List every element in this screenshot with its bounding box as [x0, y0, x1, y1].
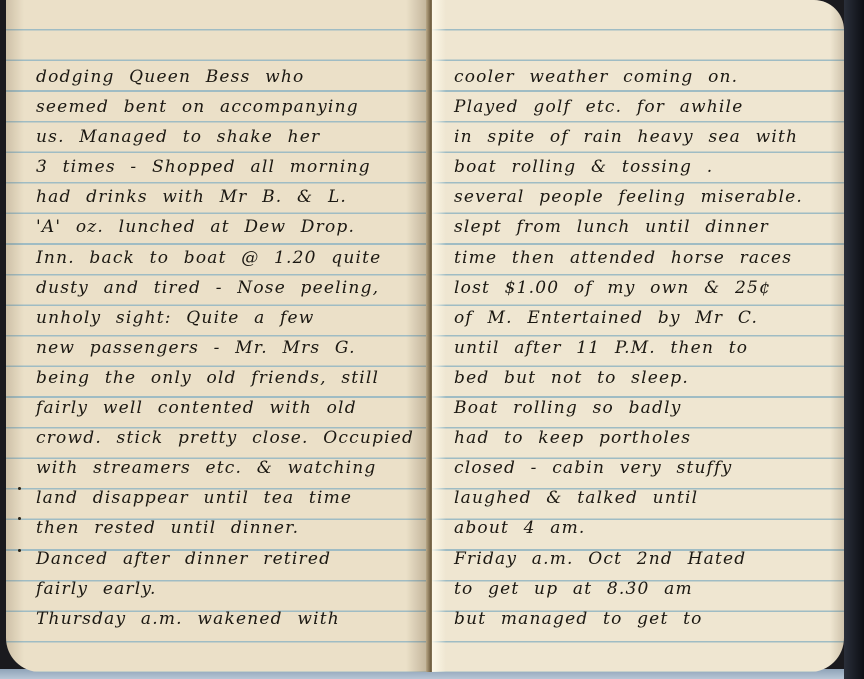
text-line: crowd. stick pretty close. Occupied — [36, 423, 432, 453]
text-line: boat rolling & tossing . — [454, 152, 844, 182]
text-line: to get up at 8.30 am — [454, 574, 844, 604]
text-line: Inn. back to boat @ 1.20 quite — [36, 243, 432, 273]
text-line: Thursday a.m. wakened with — [36, 604, 432, 634]
right-page: cooler weather coming on. Played golf et… — [432, 0, 844, 672]
text-line: fairly early. — [36, 574, 432, 604]
text-line: in spite of rain heavy sea with — [454, 122, 844, 152]
text-line: dusty and tired - Nose peeling, — [36, 273, 432, 303]
text-line: closed - cabin very stuffy — [454, 453, 844, 483]
text-line: slept from lunch until dinner — [454, 212, 844, 242]
text-line: of M. Entertained by Mr C. — [454, 303, 844, 333]
text-line: until after 11 P.M. then to — [454, 333, 844, 363]
text-line: seemed bent on accompanying — [36, 92, 432, 122]
text-line: had drinks with Mr B. & L. — [36, 182, 432, 212]
margin-mark — [18, 487, 21, 490]
left-page: dodging Queen Bess who seemed bent on ac… — [6, 0, 432, 672]
text-line: about 4 am. — [454, 513, 844, 543]
text-line: lost $1.00 of my own & 25¢ — [454, 273, 844, 303]
text-line: Played golf etc. for awhile — [454, 92, 844, 122]
text-line: with streamers etc. & watching — [36, 453, 432, 483]
text-line: fairly well contented with old — [36, 393, 432, 423]
text-line: Danced after dinner retired — [36, 544, 432, 574]
text-line: time then attended horse races — [454, 243, 844, 273]
left-page-text: dodging Queen Bess who seemed bent on ac… — [6, 62, 432, 634]
text-line: Boat rolling so badly — [454, 393, 844, 423]
text-line: 'A' oz. lunched at Dew Drop. — [36, 212, 432, 242]
right-page-text: cooler weather coming on. Played golf et… — [432, 62, 844, 634]
text-line: had to keep portholes — [454, 423, 844, 453]
text-line: cooler weather coming on. — [454, 62, 844, 92]
text-line: Friday a.m. Oct 2nd Hated — [454, 544, 844, 574]
text-line: laughed & talked until — [454, 483, 844, 513]
margin-mark — [18, 517, 21, 520]
text-line: new passengers - Mr. Mrs G. — [36, 333, 432, 363]
text-line: but managed to get to — [454, 604, 844, 634]
text-line: bed but not to sleep. — [454, 363, 844, 393]
notebook-cover-edge — [844, 0, 864, 679]
text-line: land disappear until tea time — [36, 483, 432, 513]
text-line: us. Managed to shake her — [36, 122, 432, 152]
text-line: being the only old friends, still — [36, 363, 432, 393]
text-line: several people feeling miserable. — [454, 182, 844, 212]
margin-mark — [18, 549, 21, 552]
text-line: then rested until dinner. — [36, 513, 432, 543]
text-line: unholy sight: Quite a few — [36, 303, 432, 333]
text-line: 3 times - Shopped all morning — [36, 152, 432, 182]
text-line: dodging Queen Bess who — [36, 62, 432, 92]
